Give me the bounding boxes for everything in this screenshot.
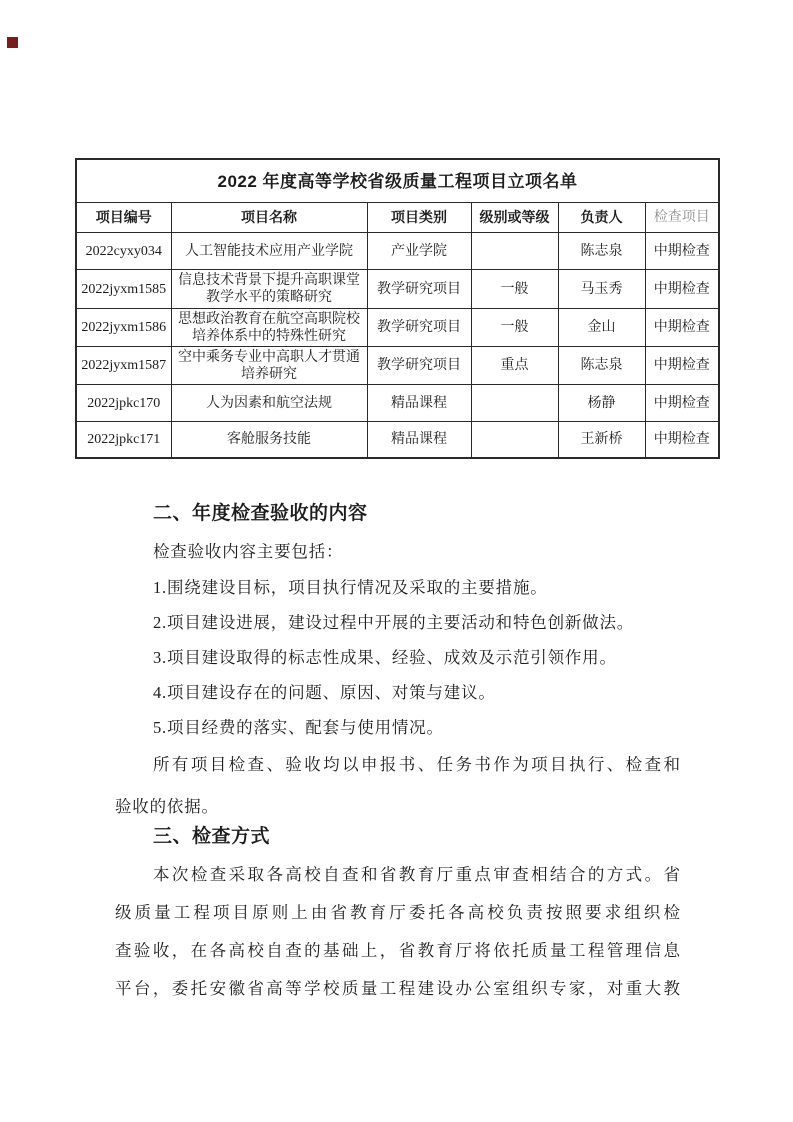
header-inspection-item: 检查项目 xyxy=(645,203,719,233)
list-item-4: 4.项目建设存在的问题、原因、对策与建议。 xyxy=(153,682,496,704)
cell-level-grade: 一般 xyxy=(471,270,558,309)
header-project-category: 项目类别 xyxy=(367,203,471,233)
table-row: 2022jyxm1587 空中乘务专业中高职人才贯通培养研究 教学研究项目 重点… xyxy=(76,347,719,385)
cell-inspection: 中期检查 xyxy=(645,422,719,459)
table-title-row: 2022 年度高等学校省级质量工程项目立项名单 xyxy=(76,159,719,203)
list-item-1: 1.围绕建设目标，项目执行情况及采取的主要措施。 xyxy=(153,577,548,599)
header-project-name: 项目名称 xyxy=(171,203,367,233)
cell-project-name: 空中乘务专业中高职人才贯通培养研究 xyxy=(171,347,367,385)
table-row: 2022jpkc171 客舱服务技能 精品课程 王新桥 中期检查 xyxy=(76,422,719,459)
cell-inspection: 中期检查 xyxy=(645,347,719,385)
cell-project-name: 信息技术背景下提升高职课堂教学水平的策略研究 xyxy=(171,270,367,309)
paragraph-2-line-1: 本次检查采取各高校自查和省教育厅重点审查相结合的方式。省 xyxy=(153,864,680,888)
cell-project-name: 客舱服务技能 xyxy=(171,422,367,459)
table-title: 2022 年度高等学校省级质量工程项目立项名单 xyxy=(76,159,719,203)
cell-inspection: 中期检查 xyxy=(645,385,719,422)
section-heading-2: 二、年度检查验收的内容 xyxy=(153,503,368,525)
cell-leader: 陈志泉 xyxy=(558,347,645,385)
paragraph-2-line-3: 查验收，在各高校自查的基础上，省教育厅将依托质量工程管理信息 xyxy=(115,940,680,964)
cell-project-id: 2022cyxy034 xyxy=(76,233,171,270)
list-item-5: 5.项目经费的落实、配套与使用情况。 xyxy=(153,717,444,739)
header-level-grade: 级别或等级 xyxy=(471,203,558,233)
paragraph-2-line-2: 级质量工程项目原则上由省教育厅委托各高校负责按照要求组织检 xyxy=(115,902,680,926)
section-heading-3: 三、检查方式 xyxy=(153,826,270,848)
cell-project-category: 教学研究项目 xyxy=(367,270,471,309)
paragraph-1-line-2: 验收的依据。 xyxy=(115,796,219,818)
table-header-row: 项目编号 项目名称 项目类别 级别或等级 负责人 检查项目 xyxy=(76,203,719,233)
cell-project-id: 2022jpkc171 xyxy=(76,422,171,459)
cell-project-id: 2022jpkc170 xyxy=(76,385,171,422)
cell-project-id: 2022jyxm1587 xyxy=(76,347,171,385)
cell-level-grade: 一般 xyxy=(471,309,558,347)
header-leader: 负责人 xyxy=(558,203,645,233)
cell-leader: 杨静 xyxy=(558,385,645,422)
table-row: 2022jyxm1585 信息技术背景下提升高职课堂教学水平的策略研究 教学研究… xyxy=(76,270,719,309)
document-page: 2022 年度高等学校省级质量工程项目立项名单 项目编号 项目名称 项目类别 级… xyxy=(0,0,793,1122)
cell-inspection: 中期检查 xyxy=(645,270,719,309)
intro-line: 检查验收内容主要包括： xyxy=(153,541,343,563)
cell-leader: 陈志泉 xyxy=(558,233,645,270)
cell-project-category: 精品课程 xyxy=(367,422,471,459)
header-project-id: 项目编号 xyxy=(76,203,171,233)
table-row: 2022jpkc170 人为因素和航空法规 精品课程 杨静 中期检查 xyxy=(76,385,719,422)
cell-project-name: 人工智能技术应用产业学院 xyxy=(171,233,367,270)
cell-project-name: 人为因素和航空法规 xyxy=(171,385,367,422)
cell-level-grade xyxy=(471,233,558,270)
cell-level-grade xyxy=(471,385,558,422)
cell-project-category: 教学研究项目 xyxy=(367,347,471,385)
table-row: 2022cyxy034 人工智能技术应用产业学院 产业学院 陈志泉 中期检查 xyxy=(76,233,719,270)
paragraph-1-line-1: 所有项目检查、验收均以申报书、任务书作为项目执行、检查和 xyxy=(153,754,680,778)
red-square-artifact xyxy=(7,37,18,48)
cell-project-id: 2022jyxm1586 xyxy=(76,309,171,347)
cell-inspection: 中期检查 xyxy=(645,309,719,347)
cell-project-id: 2022jyxm1585 xyxy=(76,270,171,309)
list-item-2: 2.项目建设进展，建设过程中开展的主要活动和特色创新做法。 xyxy=(153,612,634,634)
cell-leader: 马玉秀 xyxy=(558,270,645,309)
cell-leader: 王新桥 xyxy=(558,422,645,459)
cell-project-category: 教学研究项目 xyxy=(367,309,471,347)
cell-level-grade: 重点 xyxy=(471,347,558,385)
table-row: 2022jyxm1586 思想政治教育在航空高职院校培养体系中的特殊性研究 教学… xyxy=(76,309,719,347)
cell-project-category: 产业学院 xyxy=(367,233,471,270)
cell-project-name: 思想政治教育在航空高职院校培养体系中的特殊性研究 xyxy=(171,309,367,347)
cell-inspection: 中期检查 xyxy=(645,233,719,270)
cell-level-grade xyxy=(471,422,558,459)
project-list-table: 2022 年度高等学校省级质量工程项目立项名单 项目编号 项目名称 项目类别 级… xyxy=(75,158,720,459)
list-item-3: 3.项目建设取得的标志性成果、经验、成效及示范引领作用。 xyxy=(153,647,617,669)
cell-project-category: 精品课程 xyxy=(367,385,471,422)
paragraph-2-line-4: 平台，委托安徽省高等学校质量工程建设办公室组织专家，对重大教 xyxy=(115,978,680,1002)
cell-leader: 金山 xyxy=(558,309,645,347)
